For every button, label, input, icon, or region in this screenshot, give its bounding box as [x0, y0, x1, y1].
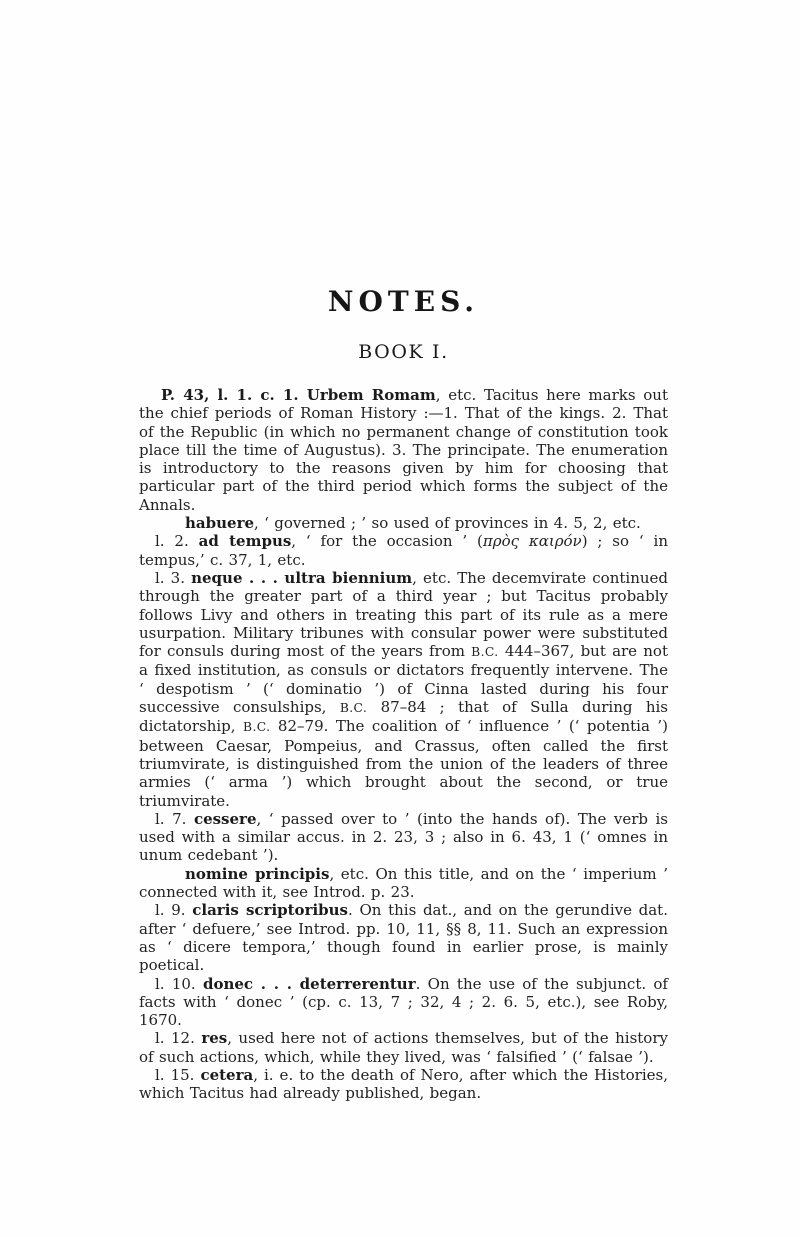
- greek-text: πρὸς καιρόν: [483, 532, 582, 550]
- note-text: , ‘ for the occasion ’ (: [291, 532, 483, 550]
- note-paragraph: nomine principis, etc. On this title, an…: [139, 865, 668, 902]
- note-text: l. 12.: [155, 1029, 201, 1047]
- note-text: l. 3.: [155, 569, 191, 587]
- page-title: NOTES.: [139, 288, 668, 316]
- note-text: l. 7.: [155, 810, 194, 828]
- lemma: cessere: [194, 810, 257, 828]
- note-text: , etc. Tacitus here marks out the chief …: [139, 386, 668, 514]
- note-text: l. 15.: [155, 1066, 200, 1084]
- note-paragraph: l. 12. res, used here not of actions the…: [139, 1029, 668, 1066]
- note-paragraph: l. 7. cessere, ‘ passed over to ’ (into …: [139, 810, 668, 865]
- note-paragraph: habuere, ‘ governed ; ’ so used of provi…: [139, 514, 668, 532]
- note-text: l. 10.: [155, 975, 203, 993]
- note-paragraph: l. 2. ad tempus, ‘ for the occasion ’ (π…: [139, 532, 668, 569]
- lemma: nomine principis: [185, 865, 329, 883]
- note-paragraph: l. 3. neque . . . ultra biennium, etc. T…: [139, 569, 668, 810]
- lemma: ad tempus: [199, 532, 292, 550]
- book-heading: BOOK I.: [139, 343, 668, 362]
- note-paragraph: l. 10. donec . . . deterrerentur. On the…: [139, 975, 668, 1030]
- book-page: NOTES. BOOK I. P. 43, l. 1. c. 1. Urbem …: [0, 0, 800, 1237]
- lemma: habuere: [185, 514, 254, 532]
- note-text: B.C.: [340, 701, 367, 715]
- lemma: P. 43, l. 1. c. 1. Urbem Romam: [161, 386, 436, 404]
- note-text: l. 2.: [155, 532, 199, 550]
- note-paragraph: P. 43, l. 1. c. 1. Urbem Romam, etc. Tac…: [139, 386, 668, 514]
- note-text: B.C.: [243, 720, 270, 734]
- notes-body: P. 43, l. 1. c. 1. Urbem Romam, etc. Tac…: [139, 386, 668, 1103]
- lemma: res: [201, 1029, 227, 1047]
- lemma: donec . . . deterrerentur: [203, 975, 416, 993]
- note-text: B.C.: [471, 645, 498, 659]
- note-paragraph: l. 9. claris scriptoribus. On this dat.,…: [139, 901, 668, 974]
- note-paragraph: l. 15. cetera, i. e. to the death of Ner…: [139, 1066, 668, 1103]
- note-text: , ‘ governed ; ’ so used of provinces in…: [254, 514, 641, 532]
- lemma: neque . . . ultra biennium: [191, 569, 412, 587]
- note-text: l. 9.: [155, 901, 192, 919]
- lemma: claris scriptoribus: [192, 901, 348, 919]
- lemma: cetera: [200, 1066, 253, 1084]
